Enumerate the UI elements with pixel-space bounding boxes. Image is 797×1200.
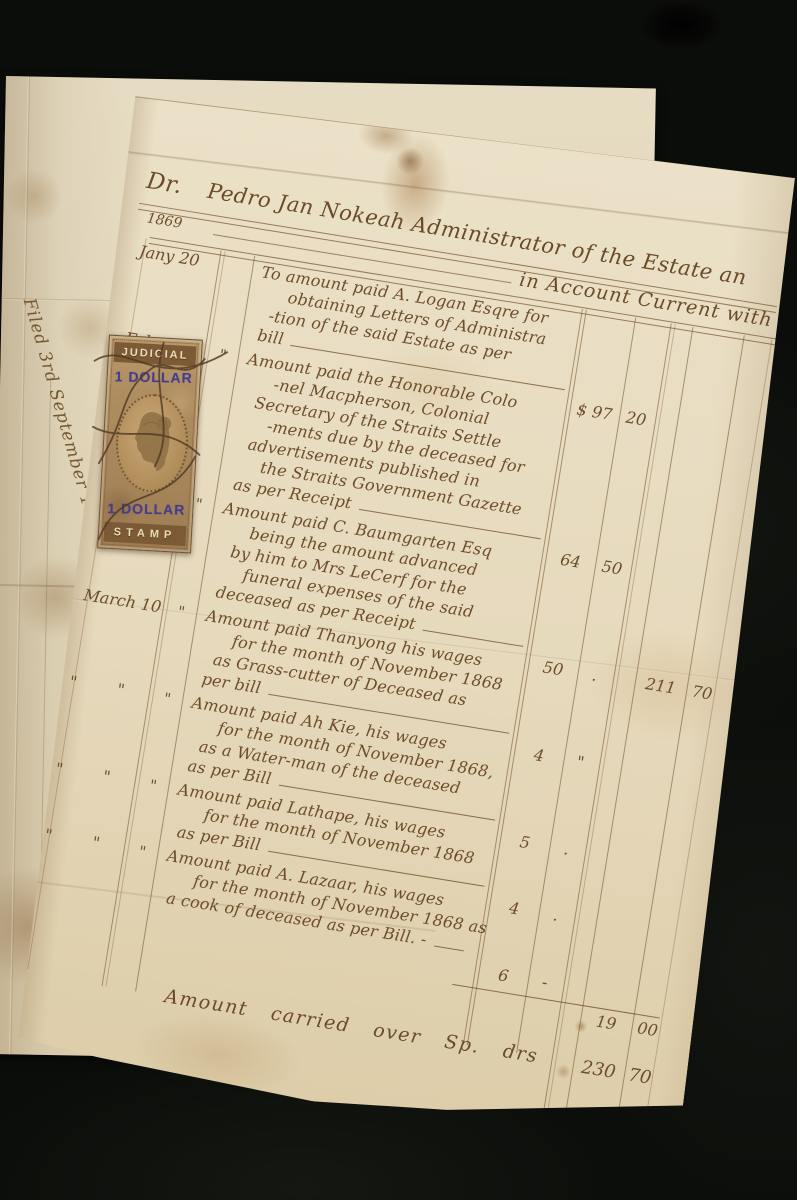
background-ink-smudge <box>642 2 720 48</box>
pen-cancellation-icon <box>90 327 211 561</box>
ditto-mark: " <box>167 601 196 623</box>
total-cents: 70 <box>624 1064 655 1089</box>
amount-cents: . <box>550 837 583 861</box>
document-photo-stage: Filed 3rd September 1869 Dr. Pedro Jan N… <box>0 0 797 1200</box>
ruled-fill-line <box>434 931 466 952</box>
entry-date-ditto: " " <box>43 825 101 853</box>
total-dollars: 230 <box>573 1056 624 1084</box>
amount-cents: 50 <box>596 556 629 580</box>
amount-cents: - <box>528 970 561 994</box>
amount-dollars: 6 <box>479 962 527 988</box>
account-sheet: Dr. Pedro Jan Nokeah Administrator of th… <box>15 96 797 1146</box>
ditto-mark: " <box>128 841 157 863</box>
subtotal-cents: 00 <box>632 1018 663 1041</box>
amount-cents: 20 <box>620 407 653 431</box>
subtotal-cents: 70 <box>687 681 718 704</box>
amount-cents: . <box>578 663 611 687</box>
sheet-content: Dr. Pedro Jan Nokeah Administrator of th… <box>0 95 797 1164</box>
debit-abbreviation: Dr. <box>145 168 184 199</box>
ditto-mark: " <box>153 688 182 710</box>
amount-cents: . <box>539 903 572 927</box>
judicial-stamp: JUDICIAL 1 DOLLAR 1 DOLLAR STAMP <box>97 335 203 554</box>
entry-line-text: bill <box>256 325 285 350</box>
amount-cents: " <box>564 750 597 774</box>
ditto-mark: " <box>139 775 168 797</box>
fold-crease <box>9 76 30 1054</box>
entry-date-ditto: " " <box>54 759 112 787</box>
subtotal-dollars: 19 <box>581 1009 631 1035</box>
entry-date-ditto: " " <box>68 672 126 700</box>
